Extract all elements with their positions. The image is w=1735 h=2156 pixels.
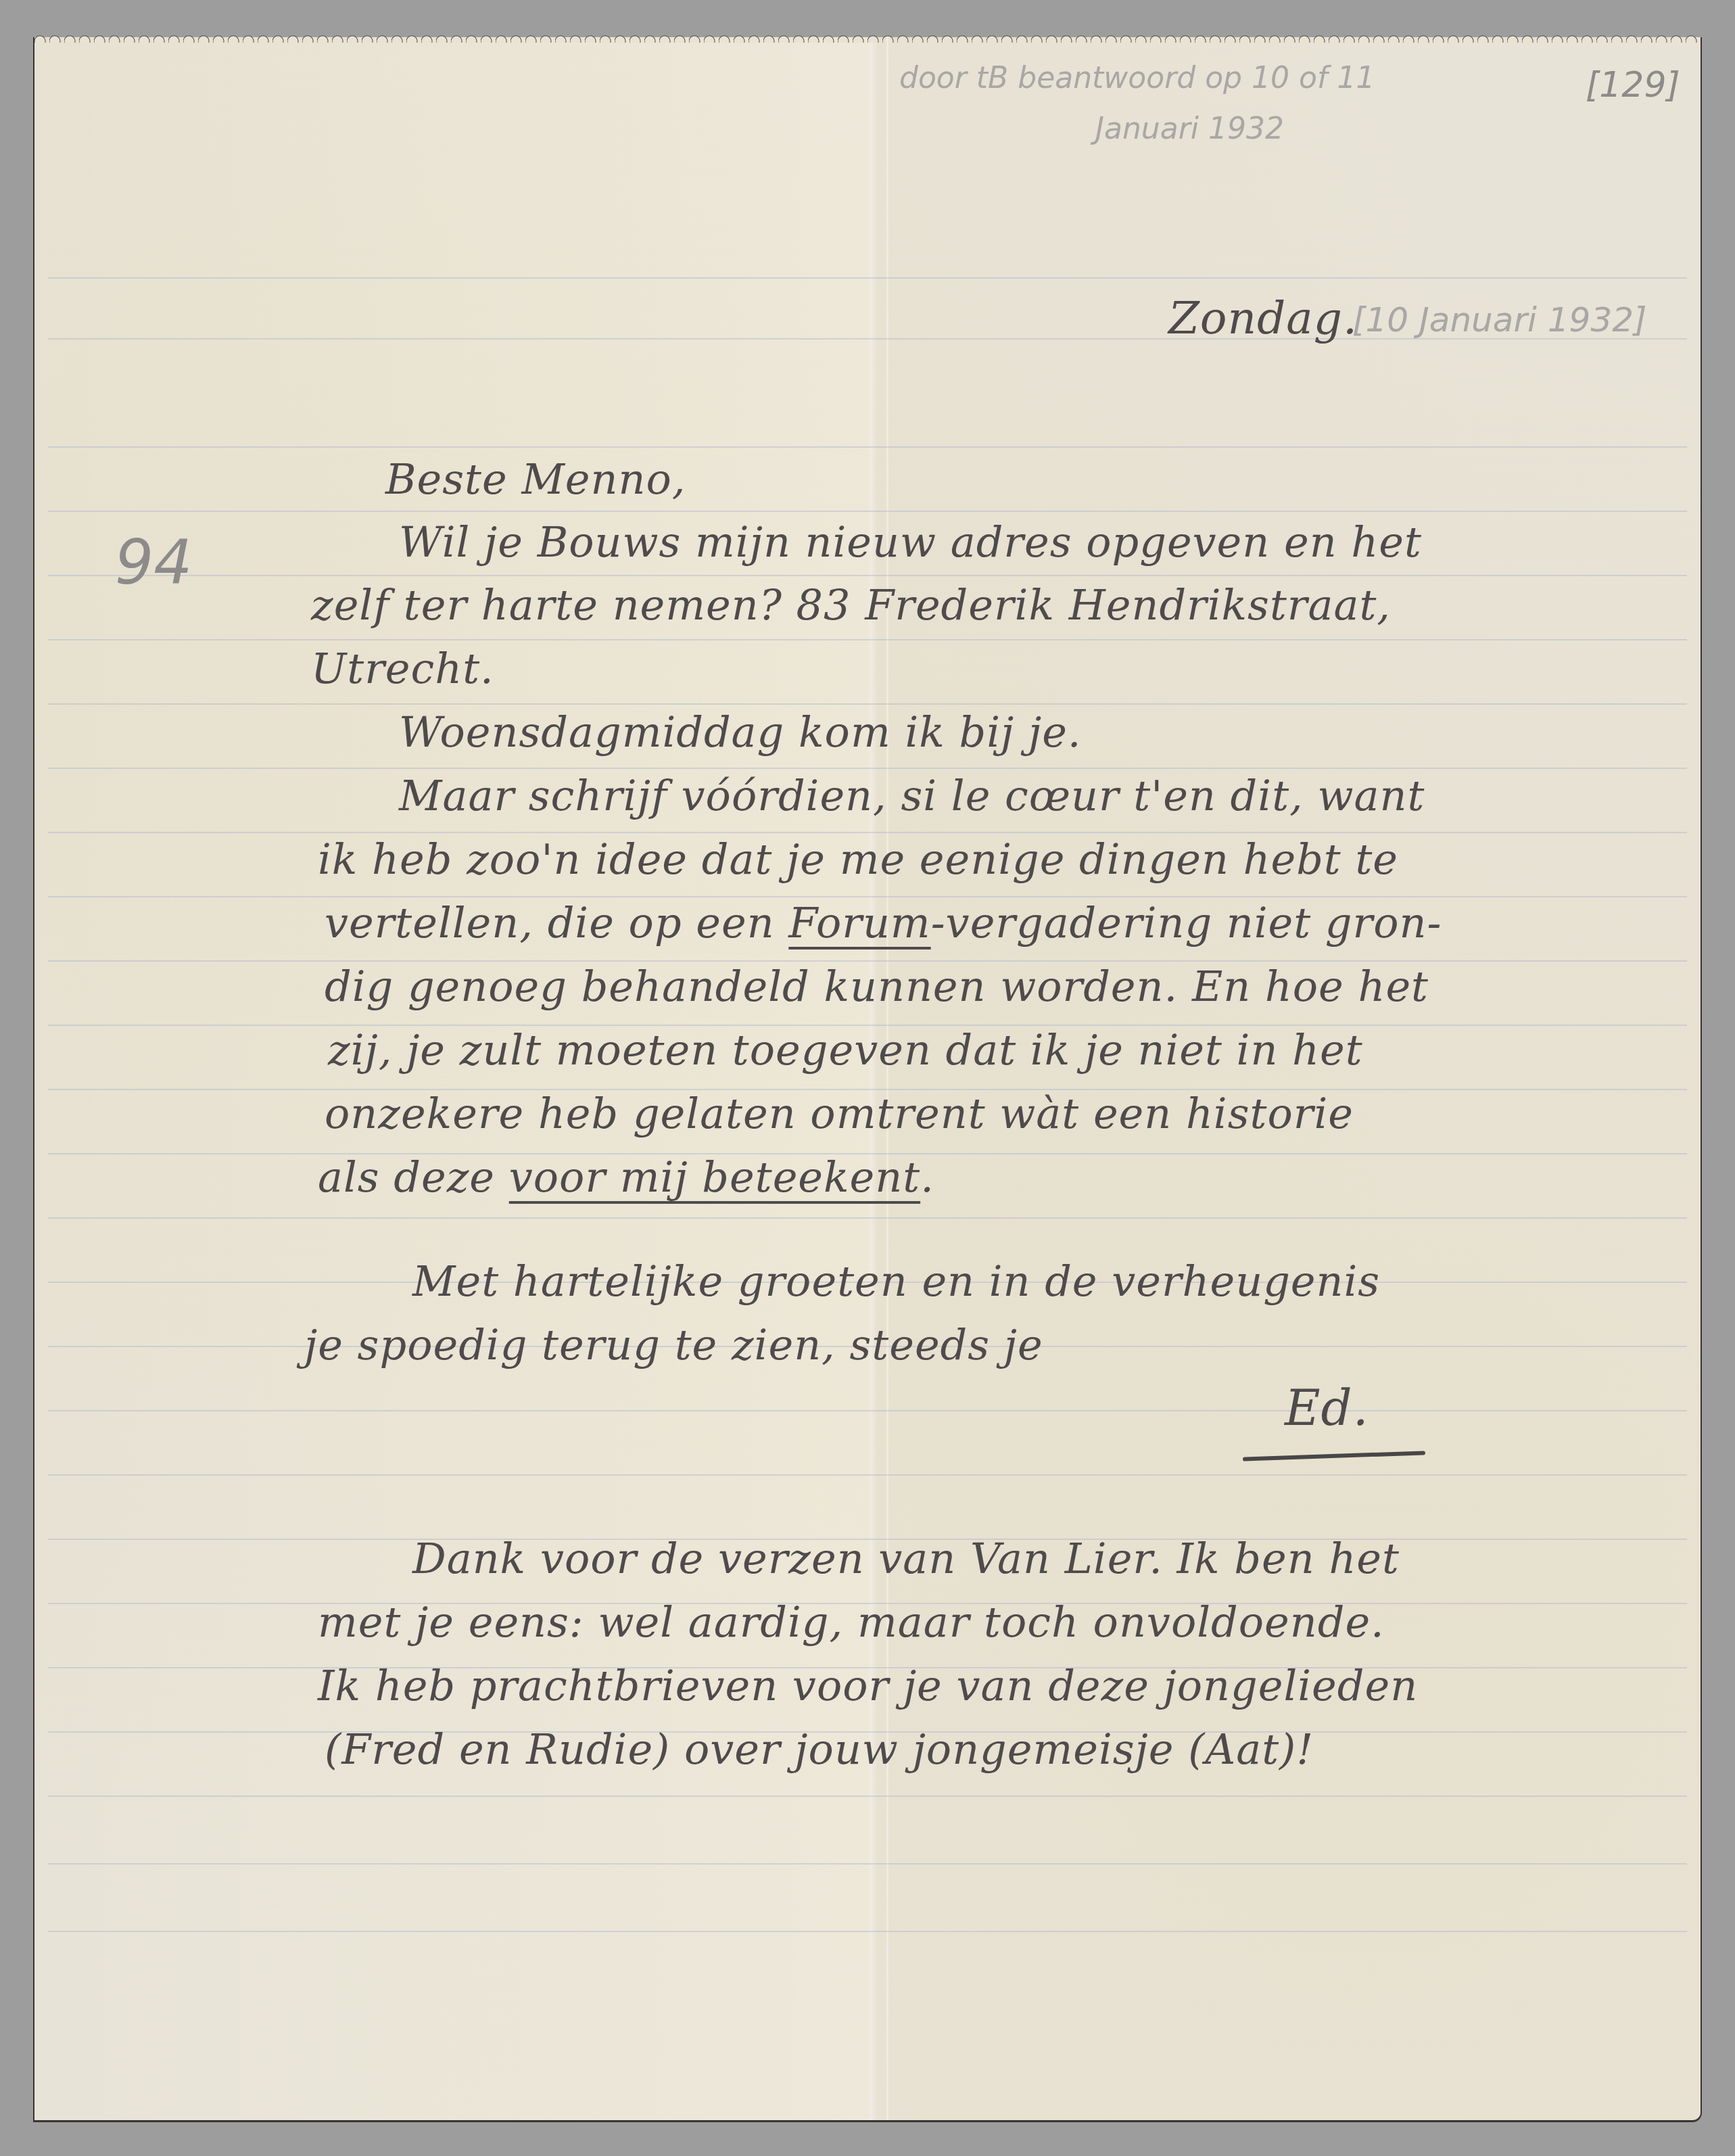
- paper-fold: [886, 37, 888, 2120]
- body-line: als deze voor mij beteekent.: [318, 1152, 934, 1202]
- body-line: je spoedig terug te zien, steeds je: [304, 1320, 1043, 1369]
- body-line: vertellen, die op een Forum-vergadering …: [325, 898, 1442, 947]
- ruled-line: [48, 277, 1687, 279]
- ruled-line: [48, 1796, 1687, 1797]
- archive-number: [129]: [1586, 65, 1680, 106]
- body-line: Woensdagmiddag kom ik bij je.: [399, 707, 1082, 757]
- perforated-top-edge: [34, 32, 1701, 43]
- postscript-line: met je eens: wel aardig, maar toch onvol…: [318, 1597, 1385, 1647]
- ruled-line: [48, 575, 1687, 576]
- ruled-line: [48, 1863, 1687, 1865]
- archival-note-line2: Januari 1932: [1095, 112, 1284, 146]
- body-line: ik heb zoo'n idee dat je me eenige dinge…: [318, 835, 1398, 884]
- body-line: Utrecht.: [311, 644, 494, 693]
- ruled-line: [48, 1410, 1687, 1411]
- postscript-line: (Fred en Rudie) over jouw jongemeisje (A…: [325, 1725, 1314, 1774]
- body-text: vertellen, die op een: [325, 898, 788, 947]
- body-text: als deze: [318, 1152, 509, 1202]
- body-line: zij, je zult moeten toegeven dat ik je n…: [328, 1025, 1363, 1075]
- letter-page: [33, 37, 1702, 2122]
- ruled-line: [48, 896, 1687, 897]
- body-line: Maar schrijf vóórdien, si le cœur t'en d…: [399, 771, 1425, 820]
- body-line: dig genoeg behandeld kunnen worden. En h…: [325, 962, 1429, 1011]
- forum-underlined: Forum: [788, 898, 930, 947]
- ruled-line: [48, 511, 1687, 512]
- editorial-date: [10 Januari 1932]: [1352, 300, 1647, 339]
- ruled-line: [48, 768, 1687, 769]
- salutation: Beste Menno,: [385, 454, 686, 504]
- ruled-line: [48, 1931, 1687, 1932]
- ruled-line: [48, 703, 1687, 705]
- body-text: .: [920, 1152, 934, 1202]
- body-line: Met hartelijke groeten en in de verheuge…: [412, 1257, 1380, 1306]
- ruled-line: [48, 832, 1687, 833]
- ruled-line: [48, 1217, 1687, 1219]
- ruled-line: [48, 446, 1687, 448]
- body-line: Wil je Bouws mijn nieuw adres opgeven en…: [399, 517, 1422, 567]
- postscript-line: Dank voor de verzen van Van Lier. Ik ben…: [412, 1534, 1400, 1583]
- postscript-line: Ik heb prachtbrieven voor je van deze jo…: [318, 1661, 1418, 1710]
- ruled-line: [48, 639, 1687, 640]
- body-line: zelf ter harte nemen? 83 Frederik Hendri…: [311, 580, 1391, 630]
- archival-note-line1: door tB beantwoord op 10 of 11: [899, 61, 1375, 95]
- ruled-line: [48, 1474, 1687, 1476]
- voor-mij-beteekent-underlined: voor mij beteekent: [509, 1152, 920, 1202]
- dateline: Zondag.: [1168, 292, 1358, 344]
- body-text: -vergadering niet gron-: [931, 898, 1442, 947]
- signature: Ed.: [1285, 1380, 1369, 1436]
- body-line: onzekere heb gelaten omtrent wàt een his…: [325, 1089, 1354, 1138]
- margin-number: 94: [115, 528, 193, 599]
